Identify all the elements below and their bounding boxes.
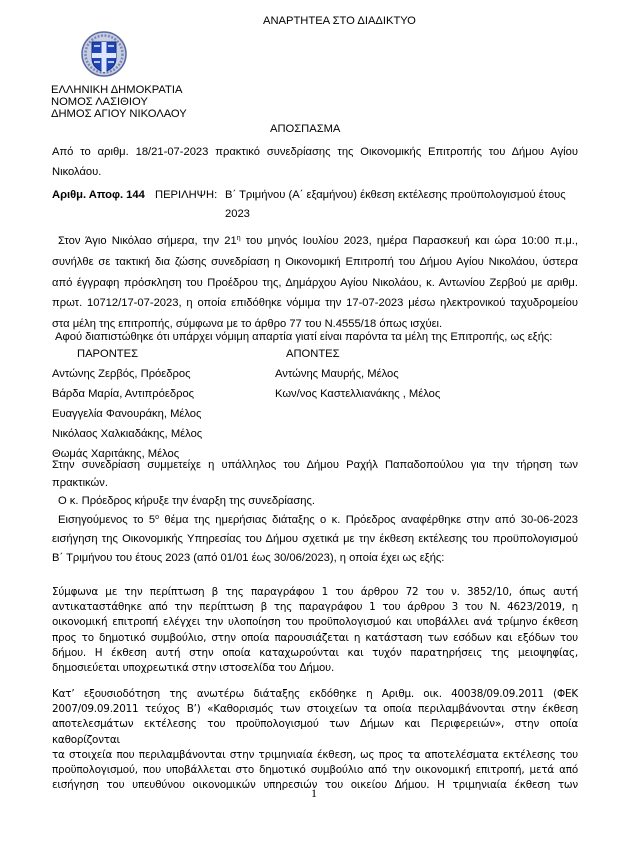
paragraph-line: προϋπολογισμού, που υποβάλλεται στο δημο… [52, 763, 578, 778]
document-page: ΑΝΑΡΤΗΤΕΑ ΣΤΟ ΔΙΑΔΙΚΤΥΟ ΕΛΛΗΝΙΚΗ ΔΗΜΟΚΡΑ… [0, 0, 620, 845]
issuer-line-state: ΕΛΛΗΝΙΚΗ ΔΗΜΟΚΡΑΤΙΑ [51, 84, 187, 96]
publish-note: ΑΝΑΡΤΗΤΕΑ ΣΤΟ ΔΙΑΔΙΚΤΥΟ [263, 15, 416, 27]
absent-members-list: Αντώνης Μαυρής, Μέλος Κων/νος Καστελλιαν… [275, 364, 440, 404]
paragraph-line: οικονομική επιτροπή ελέγχει την υλοποίησ… [52, 615, 578, 630]
paragraph-line: αντικαταστάθηκε από την περίπτωση β της … [52, 600, 578, 615]
paragraph-line: αποτελεσμάτων εκτέλεσης του προϋπολογισμ… [52, 717, 578, 747]
ministerial-decision-paragraph: Κατ’ εξουσιοδότηση της ανωτέρω διάταξης … [52, 687, 578, 793]
topic-line-2: εισήγηση της Οικονομικής Υπηρεσίας του Δ… [52, 533, 578, 545]
opening-line: Ο κ. Πρόεδρος κήρυξε την έναρξη της συνε… [58, 495, 315, 507]
quorum-text: Αφού διαπιστώθηκε ότι υπάρχει νόμιμη απα… [55, 331, 552, 343]
summary-line-1: Β΄ Τριμήνου (Α΄ εξαμήνου) έκθεση εκτέλεσ… [225, 189, 566, 201]
issuer-line-municipality: ΔΗΜΟΣ ΑΓΙΟΥ ΝΙΚΟΛΑΟΥ [51, 108, 187, 120]
paragraph-line: Κατ’ εξουσιοδότηση της ανωτέρω διάταξης … [52, 687, 578, 702]
summary-line-2: 2023 [225, 208, 250, 220]
decision-number: Αριθμ. Αποφ. 144 [52, 189, 145, 201]
paragraph-line: Σύμφωνα με την περίπτωση β της παραγράφο… [52, 585, 578, 600]
paragraph-line: δήμου. Η έκθεση αυτή στην οποία καταχωρο… [52, 646, 578, 661]
meeting-line-3: από έγγραφη πρόσκληση του Προέδρου της, … [52, 277, 578, 289]
clerk-line-1: Στην συνεδρίαση συμμετείχε η υπάλληλος τ… [52, 459, 578, 471]
present-member: Ευαγγελία Φανουράκη, Μέλος [52, 404, 202, 424]
greek-coat-of-arms-icon [80, 30, 128, 78]
issuer-line-prefecture: ΝΟΜΟΣ ΛΑΣΙΘΙΟΥ [51, 96, 187, 108]
meeting-line-1: Στον Άγιο Νικόλαο σήμερα, την 21η του μη… [58, 235, 578, 247]
meeting-line-4: πρωτ. 10712/17-07-2023, η οποία επιδόθηκ… [52, 297, 578, 309]
paragraph-line: δημοσιεύεται υποχρεωτικά στην ιστοσελίδα… [52, 661, 578, 676]
document-title: ΑΠΟΣΠΑΣΜΑ [270, 123, 340, 135]
topic-line-3: Β΄ Τριμήνου του έτους 2023 (από 01/01 έω… [52, 552, 444, 564]
present-header: ΠΑΡΟΝΤΕΣ [77, 348, 138, 360]
present-member: Βάρδα Μαρία, Αντιπρόεδρος [52, 384, 202, 404]
page-number: 1 [311, 786, 317, 801]
topic-line-1: Εισηγούμενος το 5ο θέμα της ημερήσιας δι… [58, 514, 578, 526]
meeting-line-2: συνήλθε σε τακτική δια ζώσης συνεδρίαση … [52, 256, 578, 268]
legal-basis-paragraph: Σύμφωνα με την περίπτωση β της παραγράφο… [52, 585, 578, 676]
present-members-list: Αντώνης Ζερβός, Πρόεδρος Βάρδα Μαρία, Αν… [52, 364, 202, 464]
paragraph-line: 2007/09.09.2011 τεύχος Β’) «Καθορισμός τ… [52, 702, 578, 717]
absent-header: ΑΠΟΝΤΕΣ [286, 348, 340, 360]
paragraph-line: προς το δημοτικό συμβούλιο, στην οποία π… [52, 631, 578, 646]
absent-member: Κων/νος Καστελλιανάκης , Μέλος [275, 384, 440, 404]
intro-line-1: Από το αριθμ. 18/21-07-2023 πρακτικό συν… [52, 146, 578, 158]
present-member: Αντώνης Ζερβός, Πρόεδρος [52, 364, 202, 384]
clerk-line-2: πρακτικών. [52, 477, 108, 489]
summary-label: ΠΕΡΙΛΗΨΗ: [155, 189, 217, 201]
intro-line-2: Νικολάου. [52, 166, 101, 178]
absent-member: Αντώνης Μαυρής, Μέλος [275, 364, 440, 384]
present-member: Νικόλαος Χαλκιαδάκης, Μέλος [52, 424, 202, 444]
paragraph-line: τα στοιχεία που περιλαμβάνονται στην τρι… [52, 748, 578, 763]
issuer-block: ΕΛΛΗΝΙΚΗ ΔΗΜΟΚΡΑΤΙΑ ΝΟΜΟΣ ΛΑΣΙΘΙΟΥ ΔΗΜΟΣ… [51, 84, 187, 120]
meeting-line-5: στα μέλη της επιτροπής, σύμφωνα με το άρ… [52, 318, 442, 330]
